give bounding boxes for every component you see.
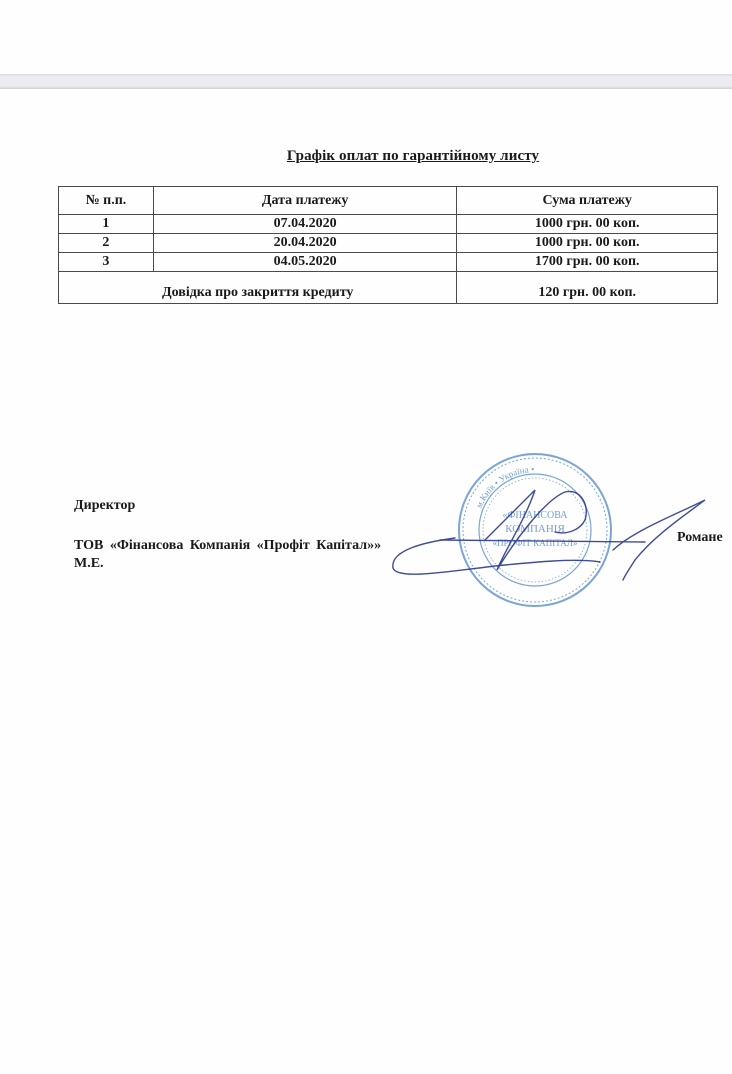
signatory-role: Директор xyxy=(74,498,135,514)
document-title: Графік оплат по гарантійному листу xyxy=(0,148,732,165)
row-amount: 1000 грн. 00 коп. xyxy=(457,234,718,253)
row-date: 07.04.2020 xyxy=(153,215,457,234)
viewer-top-bar xyxy=(0,74,732,89)
table-row: 1 07.04.2020 1000 грн. 00 коп. xyxy=(59,215,718,234)
table-row: 3 04.05.2020 1700 грн. 00 коп. xyxy=(59,253,718,272)
header-amount: Сума платежу xyxy=(457,187,718,215)
handwritten-signature-icon xyxy=(385,480,725,590)
footer-label: Довідка про закриття кредиту xyxy=(59,272,457,304)
row-amount: 1000 грн. 00 коп. xyxy=(457,215,718,234)
signatory-organization: ТОВ «Фінансова Компанія «Профіт Капітал»… xyxy=(74,538,381,554)
header-number: № п.п. xyxy=(59,187,154,215)
row-number: 2 xyxy=(59,234,154,253)
footer-amount: 120 грн. 00 коп. xyxy=(457,272,718,304)
table-footer-row: Довідка про закриття кредиту 120 грн. 00… xyxy=(59,272,718,304)
signatory-initials: М.Е. xyxy=(74,556,104,572)
table-row: 2 20.04.2020 1000 грн. 00 коп. xyxy=(59,234,718,253)
table-header-row: № п.п. Дата платежу Сума платежу xyxy=(59,187,718,215)
row-number: 3 xyxy=(59,253,154,272)
payment-schedule-table: № п.п. Дата платежу Сума платежу 1 07.04… xyxy=(58,186,718,304)
row-amount: 1700 грн. 00 коп. xyxy=(457,253,718,272)
header-date: Дата платежу xyxy=(153,187,457,215)
row-date: 04.05.2020 xyxy=(153,253,457,272)
row-date: 20.04.2020 xyxy=(153,234,457,253)
row-number: 1 xyxy=(59,215,154,234)
